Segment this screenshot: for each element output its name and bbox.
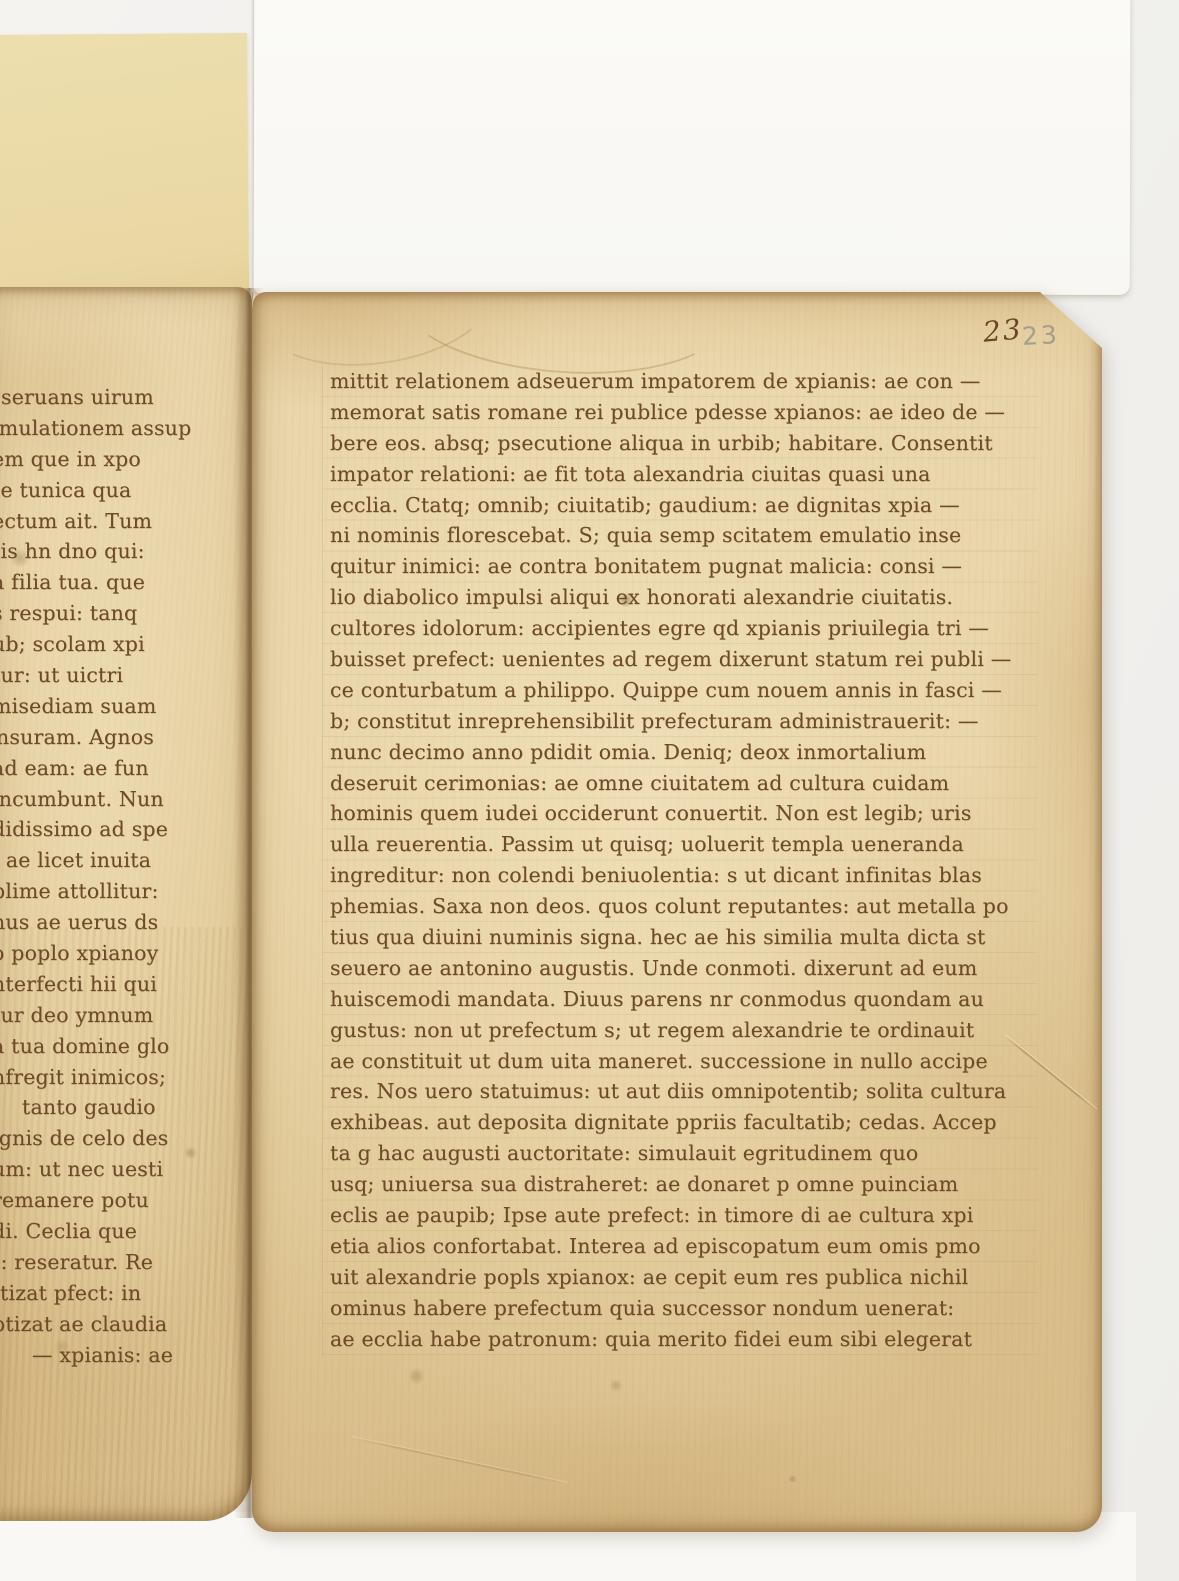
manuscript-text-line: bere eos. absq; psecutione aliqua in urb… [330, 428, 1011, 459]
manuscript-text-line: te tunica qua [0, 475, 191, 506]
crease-line [352, 1437, 568, 1485]
manuscript-text-line: seuero ae antonino augustis. Unde conmot… [330, 953, 1011, 984]
manuscript-text-line: tis hn dno qui: [0, 536, 191, 567]
manuscript-text-line: nfregit inimicos; [0, 1062, 191, 1093]
manuscript-text-line: tur deo ymnum [0, 1000, 191, 1031]
folio-number-ink: 23 [982, 312, 1024, 348]
photo-backdrop: seruans uirumimulationem assupem que in … [0, 0, 1179, 1581]
facing-page-edge: seruans uirumimulationem assupem que in … [0, 287, 252, 1521]
manuscript-text-line: ectum ait. Tum [0, 506, 191, 537]
manuscript-text-line: ignis de celo des [0, 1123, 191, 1154]
manuscript-text-line: : ae licet inuita [0, 845, 191, 876]
manuscript-text-line: ae ecclia habe patronum: quia merito fid… [330, 1324, 1011, 1355]
manuscript-text-line: incumbunt. Nun [0, 784, 191, 815]
manuscript-text-line: s respui: tanq [0, 598, 191, 629]
manuscript-text-line: etia alios confortabat. Interea ad episc… [330, 1231, 1011, 1262]
manuscript-text-line: hominis quem iudei occiderunt conuertit.… [330, 798, 1011, 829]
manuscript-text-line: ce conturbatum a philippo. Quippe cum no… [330, 675, 1011, 706]
manuscript-text-line: huiscemodi mandata. Diuus parens nr conm… [330, 984, 1011, 1015]
manuscript-text-line: um: ut nec uesti [0, 1154, 191, 1185]
manuscript-text-line: mittit relationem adseuerum impatorem de… [330, 366, 1011, 397]
manuscript-text-line: nterfecti hii qui [0, 969, 191, 1000]
manuscript-text-line: impator relationi: ae fit tota alexandri… [330, 459, 1011, 490]
manuscript-text-line: ptizat ae claudia [0, 1309, 191, 1340]
manuscript-text-line: remanere potu [0, 1185, 191, 1216]
manuscript-text-line: seruans uirum [0, 382, 191, 413]
manuscript-text-line: phemias. Saxa non deos. quos colunt repu… [330, 891, 1011, 922]
manuscript-text-line: res. Nos uero statuimus: ut aut diis omn… [330, 1076, 1011, 1107]
manuscript-text-line: imulationem assup [0, 413, 191, 444]
manuscript-text-line: nsuram. Agnos [0, 722, 191, 753]
manuscript-text-line: eclis ae paupib; Ipse aute prefect: in t… [330, 1200, 1011, 1231]
manuscript-text-line: lio diabolico impulsi aliqui ex honorati… [330, 582, 1011, 613]
manuscript-text-line: memorat satis romane rei publice pdesse … [330, 397, 1011, 428]
manuscript-text-line: cultores idolorum: accipientes egre qd x… [330, 613, 1011, 644]
manuscript-text-line: didissimo ad spe [0, 814, 191, 845]
manuscript-text-line: o poplo xpianoy [0, 938, 191, 969]
manuscript-text-line: tius qua diuini numinis signa. hec ae hi… [330, 922, 1011, 953]
manuscript-text-line: exhibeas. aut deposita dignitate ppriis … [330, 1107, 1011, 1138]
manuscript-text-line: ad eam: ae fun [0, 753, 191, 784]
manuscript-text-line: buisset prefect: uenientes ad regem dixe… [330, 644, 1011, 675]
main-text-column: mittit relationem adseuerum impatorem de… [330, 366, 1011, 1355]
folio-number-pencil: 23 [1021, 320, 1060, 351]
manuscript-text-line: tanto gaudio [0, 1092, 191, 1123]
stain-spot [408, 1368, 425, 1384]
manuscript-text-line: ni nominis florescebat. S; quia semp sci… [330, 520, 1011, 551]
manuscript-text-line: blime attollitur: [0, 876, 191, 907]
manuscript-text-line: usq; uniuersa sua distraheret: ae donare… [330, 1169, 1011, 1200]
interleaf-cream-sheet [0, 33, 249, 295]
manuscript-text-line: ominus habere prefectum quia successor n… [330, 1293, 1011, 1324]
manuscript-text-line: ta g hac augusti auctoritate: simulauit … [330, 1138, 1011, 1169]
manuscript-text-line: gustus: non ut prefectum s; ut regem ale… [330, 1015, 1011, 1046]
manuscript-text-line: uit alexandrie popls xpianox: ae cepit e… [330, 1262, 1011, 1293]
manuscript-text-line: ub; scolam xpi [0, 629, 191, 660]
left-page-text-column: seruans uirumimulationem assupem que in … [0, 382, 191, 1371]
manuscript-text-line: em que in xpo [0, 444, 191, 475]
manuscript-text-line: di. Ceclia que [0, 1216, 191, 1247]
parchment-surface: 23 23 mittit relationem adseuerum impato… [252, 292, 1102, 1532]
stain-spot [609, 1379, 623, 1392]
manuscript-text-line: ulla reuerentia. Passim ut quisq; uoluer… [330, 829, 1011, 860]
stain-spot [788, 1475, 797, 1483]
manuscript-text-line: a filia tua. que [0, 567, 191, 598]
manuscript-text-line: ecclia. Ctatq; omnib; ciuitatib; gaudium… [330, 490, 1011, 521]
guard-sheet-top [254, 0, 1131, 295]
manuscript-text-line: deseruit cerimonias: ae omne ciuitatem a… [330, 768, 1011, 799]
manuscript-text-line: ae constituit ut dum uita maneret. succe… [330, 1046, 1011, 1077]
manuscript-text-line: ingreditur: non colendi beniuolentia: s … [330, 860, 1011, 891]
manuscript-text-line: nus ae uerus ds [0, 907, 191, 938]
manuscript-text-line: nunc decimo anno pdidit omia. Deniq; deo… [330, 737, 1011, 768]
manuscript-text-line: t: reseratur. Re [0, 1247, 191, 1278]
manuscript-text-line: quitur inimici: ae contra bonitatem pugn… [330, 551, 1011, 582]
manuscript-text-line: a tua domine glo [0, 1031, 191, 1062]
manuscript-text-line: tizat pfect: in [0, 1278, 191, 1309]
recto-folio-page: 23 23 mittit relationem adseuerum impato… [252, 292, 1102, 1532]
manuscript-text-line: tur: ut uictri [0, 660, 191, 691]
manuscript-text-line: — xpianis: ae [0, 1340, 191, 1371]
manuscript-text-line: b; constitut inreprehensibilit prefectur… [330, 706, 1011, 737]
manuscript-text-line: misediam suam [0, 691, 191, 722]
